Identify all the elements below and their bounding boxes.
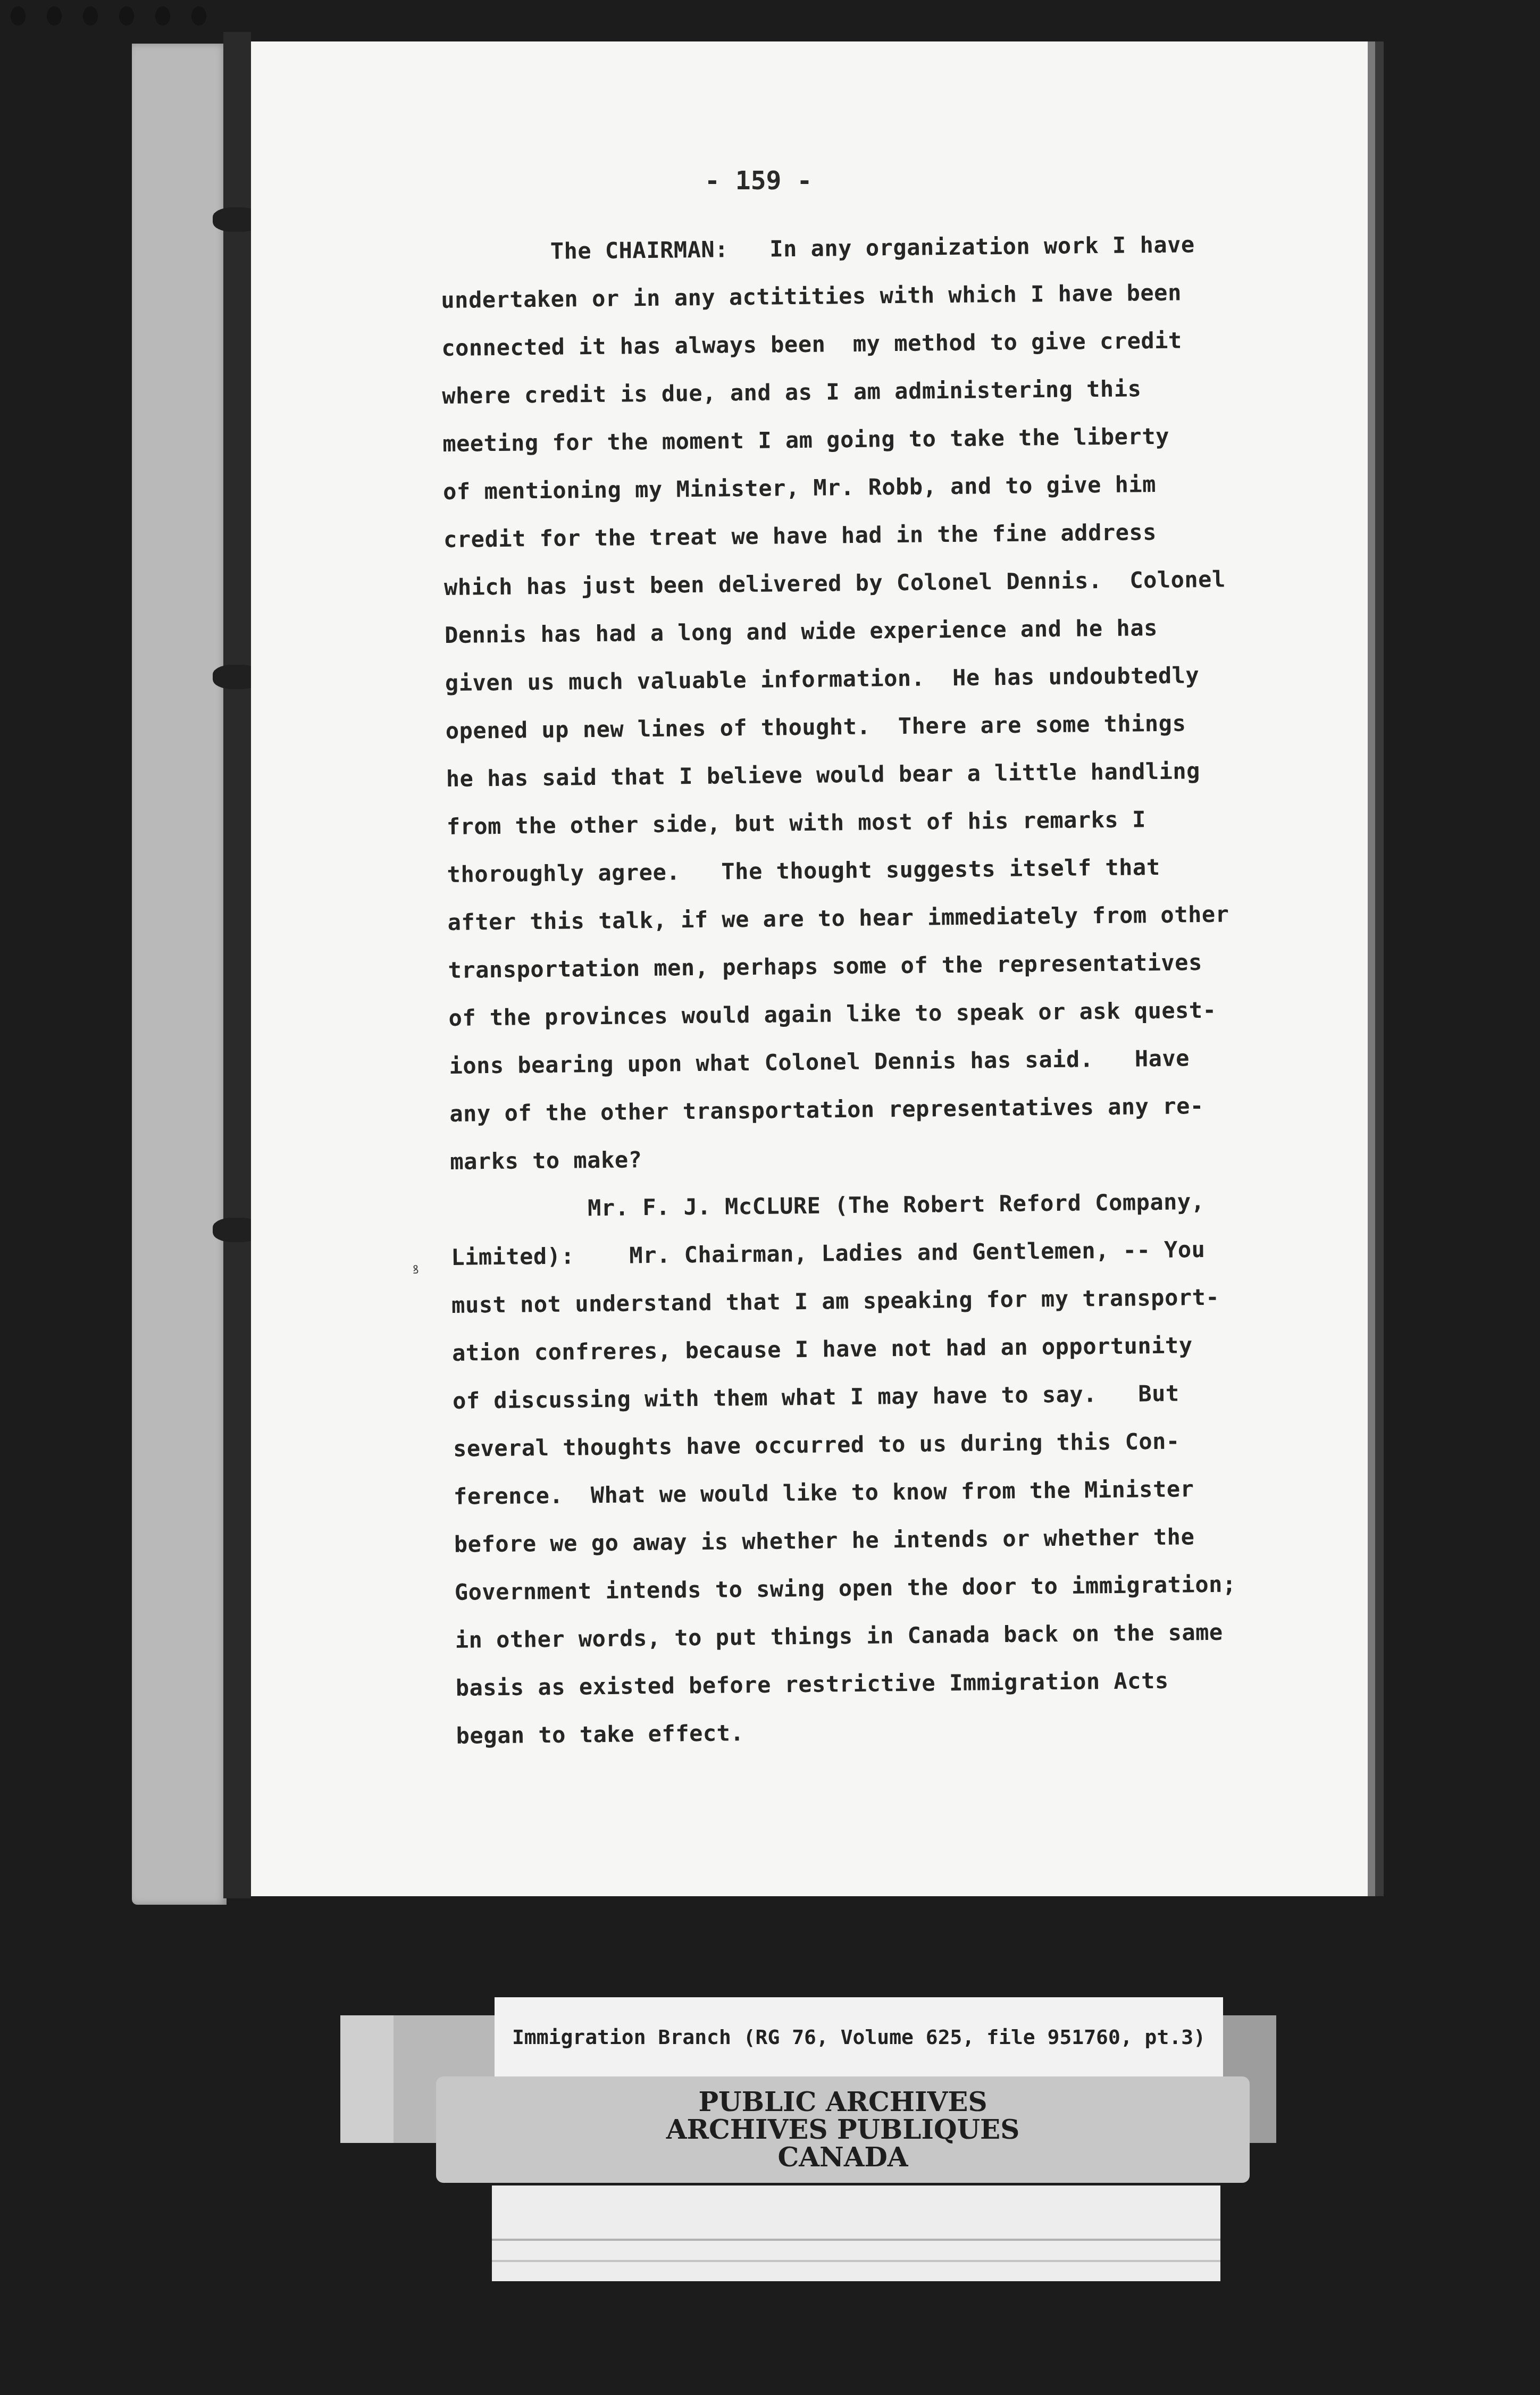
text-line: marks to make?	[450, 1129, 1323, 1186]
text-line: thoroughly agree. The thought suggests i…	[447, 842, 1319, 899]
stamp-line: ARCHIVES PUBLIQUES	[666, 2116, 1020, 2143]
text-line: which has just been delivered by Colonel…	[444, 555, 1317, 612]
text-line: ions bearing upon what Colonel Dennis ha…	[449, 1033, 1321, 1090]
text-line: began to take effect.	[456, 1703, 1328, 1760]
text-line: credit for the treat we have had in the …	[443, 507, 1316, 564]
adjacent-page-edge	[132, 44, 227, 1905]
text-line: several thoughts have occurred to us dur…	[453, 1416, 1326, 1473]
text-line: after this talk, if we are to hear immed…	[447, 890, 1320, 947]
text-line: Mr. F. J. McCLURE (The Robert Reford Com…	[450, 1177, 1323, 1234]
text-line: in other words, to put things in Canada …	[455, 1607, 1327, 1664]
paragraph-mcclure: Mr. F. J. McCLURE (The Robert Reford Com…	[450, 1177, 1328, 1760]
text-line: connected it has always been my method t…	[441, 315, 1314, 372]
text-line: ation confreres, because I have not had …	[452, 1320, 1325, 1377]
binding-strip	[223, 32, 251, 1898]
sprocket-hole	[47, 6, 62, 26]
text-line: any of the other transportation represen…	[449, 1081, 1322, 1138]
sprocket-hole	[83, 6, 98, 26]
public-archives-stamp: PUBLIC ARCHIVES ARCHIVES PUBLIQUES CANAD…	[436, 2076, 1250, 2183]
text-line: where credit is due, and as I am adminis…	[442, 363, 1315, 420]
text-line: of discussing with them what I may have …	[453, 1368, 1325, 1425]
text-line: Limited): Mr. Chairman, Ladies and Gentl…	[451, 1225, 1324, 1282]
sprocket-hole	[191, 6, 206, 26]
stamp-line: CANADA	[777, 2143, 908, 2171]
text-line: basis as existed before restrictive Immi…	[455, 1655, 1328, 1712]
text-line: before we go away is whether he intends …	[454, 1512, 1326, 1569]
text-line: The CHAIRMAN: In any organization work I…	[440, 220, 1313, 277]
text-line: he has said that I believe would bear a …	[446, 746, 1318, 803]
text-line: meeting for the moment I am going to tak…	[442, 411, 1315, 468]
paragraph-chairman: The CHAIRMAN: In any organization work I…	[440, 220, 1323, 1186]
text-line: transportation men, perhaps some of the …	[448, 937, 1320, 994]
text-line: given us much valuable information. He h…	[445, 650, 1317, 707]
text-line: Government intends to swing open the doo…	[454, 1560, 1327, 1617]
text-line: of mentioning my Minister, Mr. Robb, and…	[443, 459, 1316, 516]
blank-label-strip	[492, 2185, 1220, 2281]
typescript-body: The CHAIRMAN: In any organization work I…	[440, 220, 1328, 1760]
text-line: from the other side, but with most of hi…	[446, 794, 1319, 851]
text-line: must not understand that I am speaking f…	[451, 1272, 1324, 1329]
text-line: undertaken or in any actitities with whi…	[441, 267, 1313, 324]
text-line: opened up new lines of thought. There ar…	[445, 698, 1318, 755]
sprocket-hole	[155, 6, 170, 26]
text-line: Dennis has had a long and wide experienc…	[445, 602, 1317, 659]
film-sprocket-row	[0, 0, 1540, 32]
archive-reference-label: Immigration Branch (RG 76, Volume 625, f…	[495, 1997, 1223, 2077]
stamp-line: PUBLIC ARCHIVES	[699, 2088, 987, 2116]
archive-reference-text: Immigration Branch (RG 76, Volume 625, f…	[512, 2025, 1206, 2049]
sprocket-hole	[11, 6, 26, 26]
text-line: ference. What we would like to know from…	[454, 1464, 1326, 1521]
margin-mark: ꝸ	[413, 1261, 419, 1277]
archive-label-edge-left	[340, 2015, 394, 2143]
sprocket-hole	[119, 6, 134, 26]
text-line: of the provinces would again like to spe…	[448, 985, 1321, 1042]
page-number: - 159 -	[705, 166, 812, 196]
